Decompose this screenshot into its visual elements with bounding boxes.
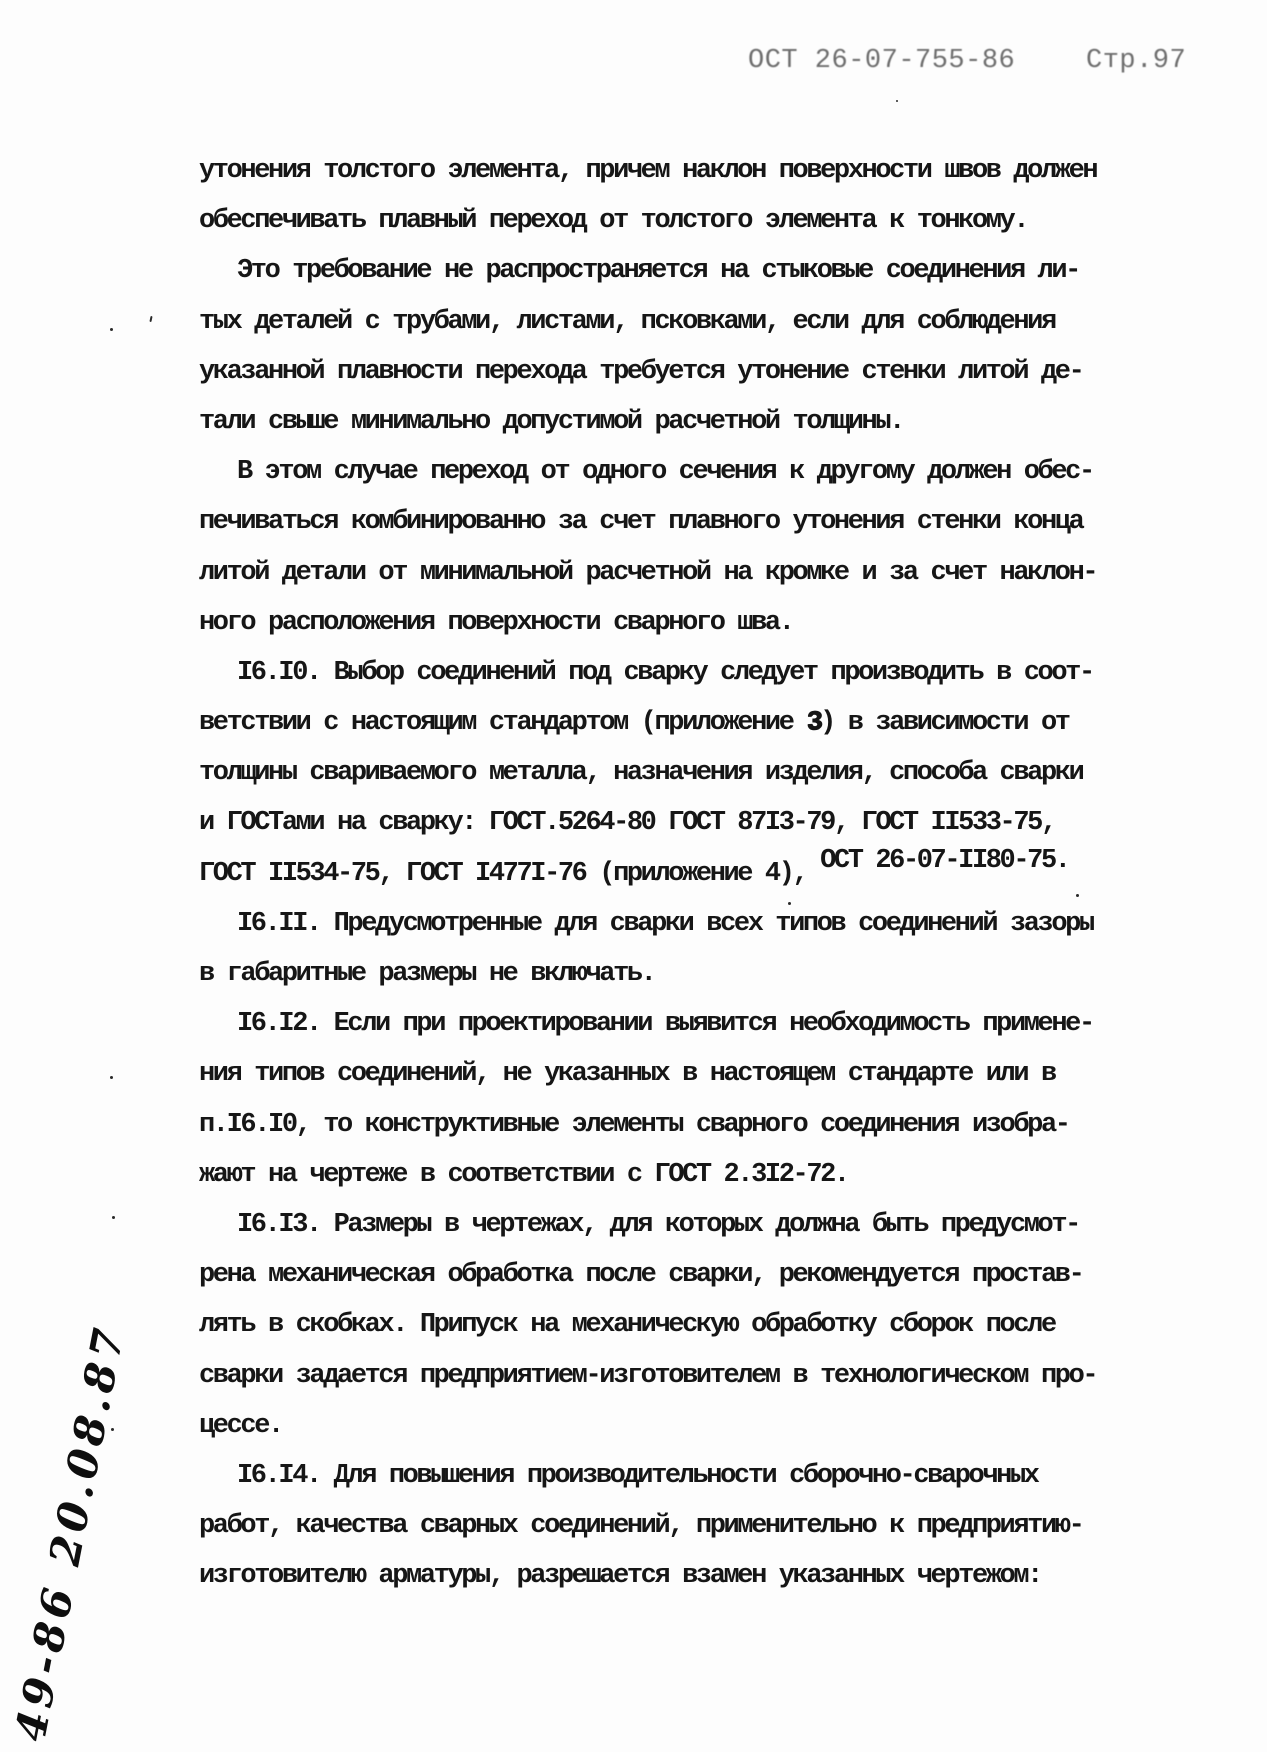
header-doc-number: ОСТ 26-07-755-86 xyxy=(748,46,1015,76)
text-line: толщины свариваемого металла, назначения… xyxy=(199,748,1096,798)
header-page-number: Стр.97 xyxy=(1086,46,1186,76)
scan-speck xyxy=(112,1216,115,1219)
text-line: утонения толстого элемента, причем накло… xyxy=(199,146,1096,196)
text-line: рена механическая обработка после сварки… xyxy=(199,1250,1096,1300)
scan-speck xyxy=(788,902,791,905)
scan-speck xyxy=(149,316,152,322)
text-line: цессе. xyxy=(199,1401,1096,1451)
scanned-document-page: ОСТ 26-07-755-86 Стр.97 утонения толстог… xyxy=(0,0,1267,1752)
scan-speck xyxy=(111,1428,114,1431)
text-line: ного расположения поверхности сварного ш… xyxy=(199,598,1096,648)
scan-speck xyxy=(110,1076,113,1079)
document-body: утонения толстого элемента, причем накло… xyxy=(199,146,1096,1601)
text-line: сварки задается предприятием-изготовител… xyxy=(199,1351,1096,1401)
scan-speck xyxy=(1076,894,1079,897)
text-line: указанной плавности перехода требуется у… xyxy=(199,347,1096,397)
scan-speck xyxy=(896,100,898,102)
text-line: I6.II. Предусмотренные для сварки всех т… xyxy=(199,899,1096,949)
text-line: п.I6.I0, то конструктивные элементы свар… xyxy=(199,1100,1096,1150)
text-line: литой детали от минимальной расчетной на… xyxy=(199,548,1096,598)
text-line: работ, качества сварных соединений, прим… xyxy=(199,1501,1096,1551)
text-line: тали свыше минимально допустимой расчетн… xyxy=(199,397,1096,447)
text-line: обеспечивать плавный переход от толстого… xyxy=(199,196,1096,246)
handwritten-margin-note: 49-86 20.08.87 xyxy=(5,1317,135,1748)
text-line: и ГОСТами на сварку: ГОСТ.5264-80 ГОСТ 8… xyxy=(199,798,1096,848)
text-line: ветствии с настоящим стандартом (приложе… xyxy=(199,698,1096,748)
text-line: В этом случае переход от одного сечения … xyxy=(199,447,1096,497)
scan-speck xyxy=(110,328,113,331)
text-line: в габаритные размеры не включать. xyxy=(199,949,1096,999)
text-line: тых деталей с трубами, листами, псковкам… xyxy=(199,297,1096,347)
text-line: I6.I4. Для повышения производительности … xyxy=(199,1451,1096,1501)
text-line: Это требование не распространяется на ст… xyxy=(199,246,1096,296)
text-line: печиваться комбинированно за счет плавно… xyxy=(199,497,1096,547)
text-line: I6.I2. Если при проектировании выявится … xyxy=(199,999,1096,1049)
text-line: лять в скобках. Припуск на механическую … xyxy=(199,1300,1096,1350)
text-line: изготовителю арматуры, разрешается взаме… xyxy=(199,1551,1096,1601)
text-line: жают на чертеже в соответствии с ГОСТ 2.… xyxy=(199,1150,1096,1200)
text-line: I6.I3. Размеры в чертежах, для которых д… xyxy=(199,1200,1096,1250)
text-line: ГОСТ II534-75, ГОСТ I477I-76 (приложение… xyxy=(199,849,1096,899)
text-line: ния типов соединений, не указанных в нас… xyxy=(199,1049,1096,1099)
text-line: I6.I0. Выбор соединений под сварку следу… xyxy=(199,648,1096,698)
